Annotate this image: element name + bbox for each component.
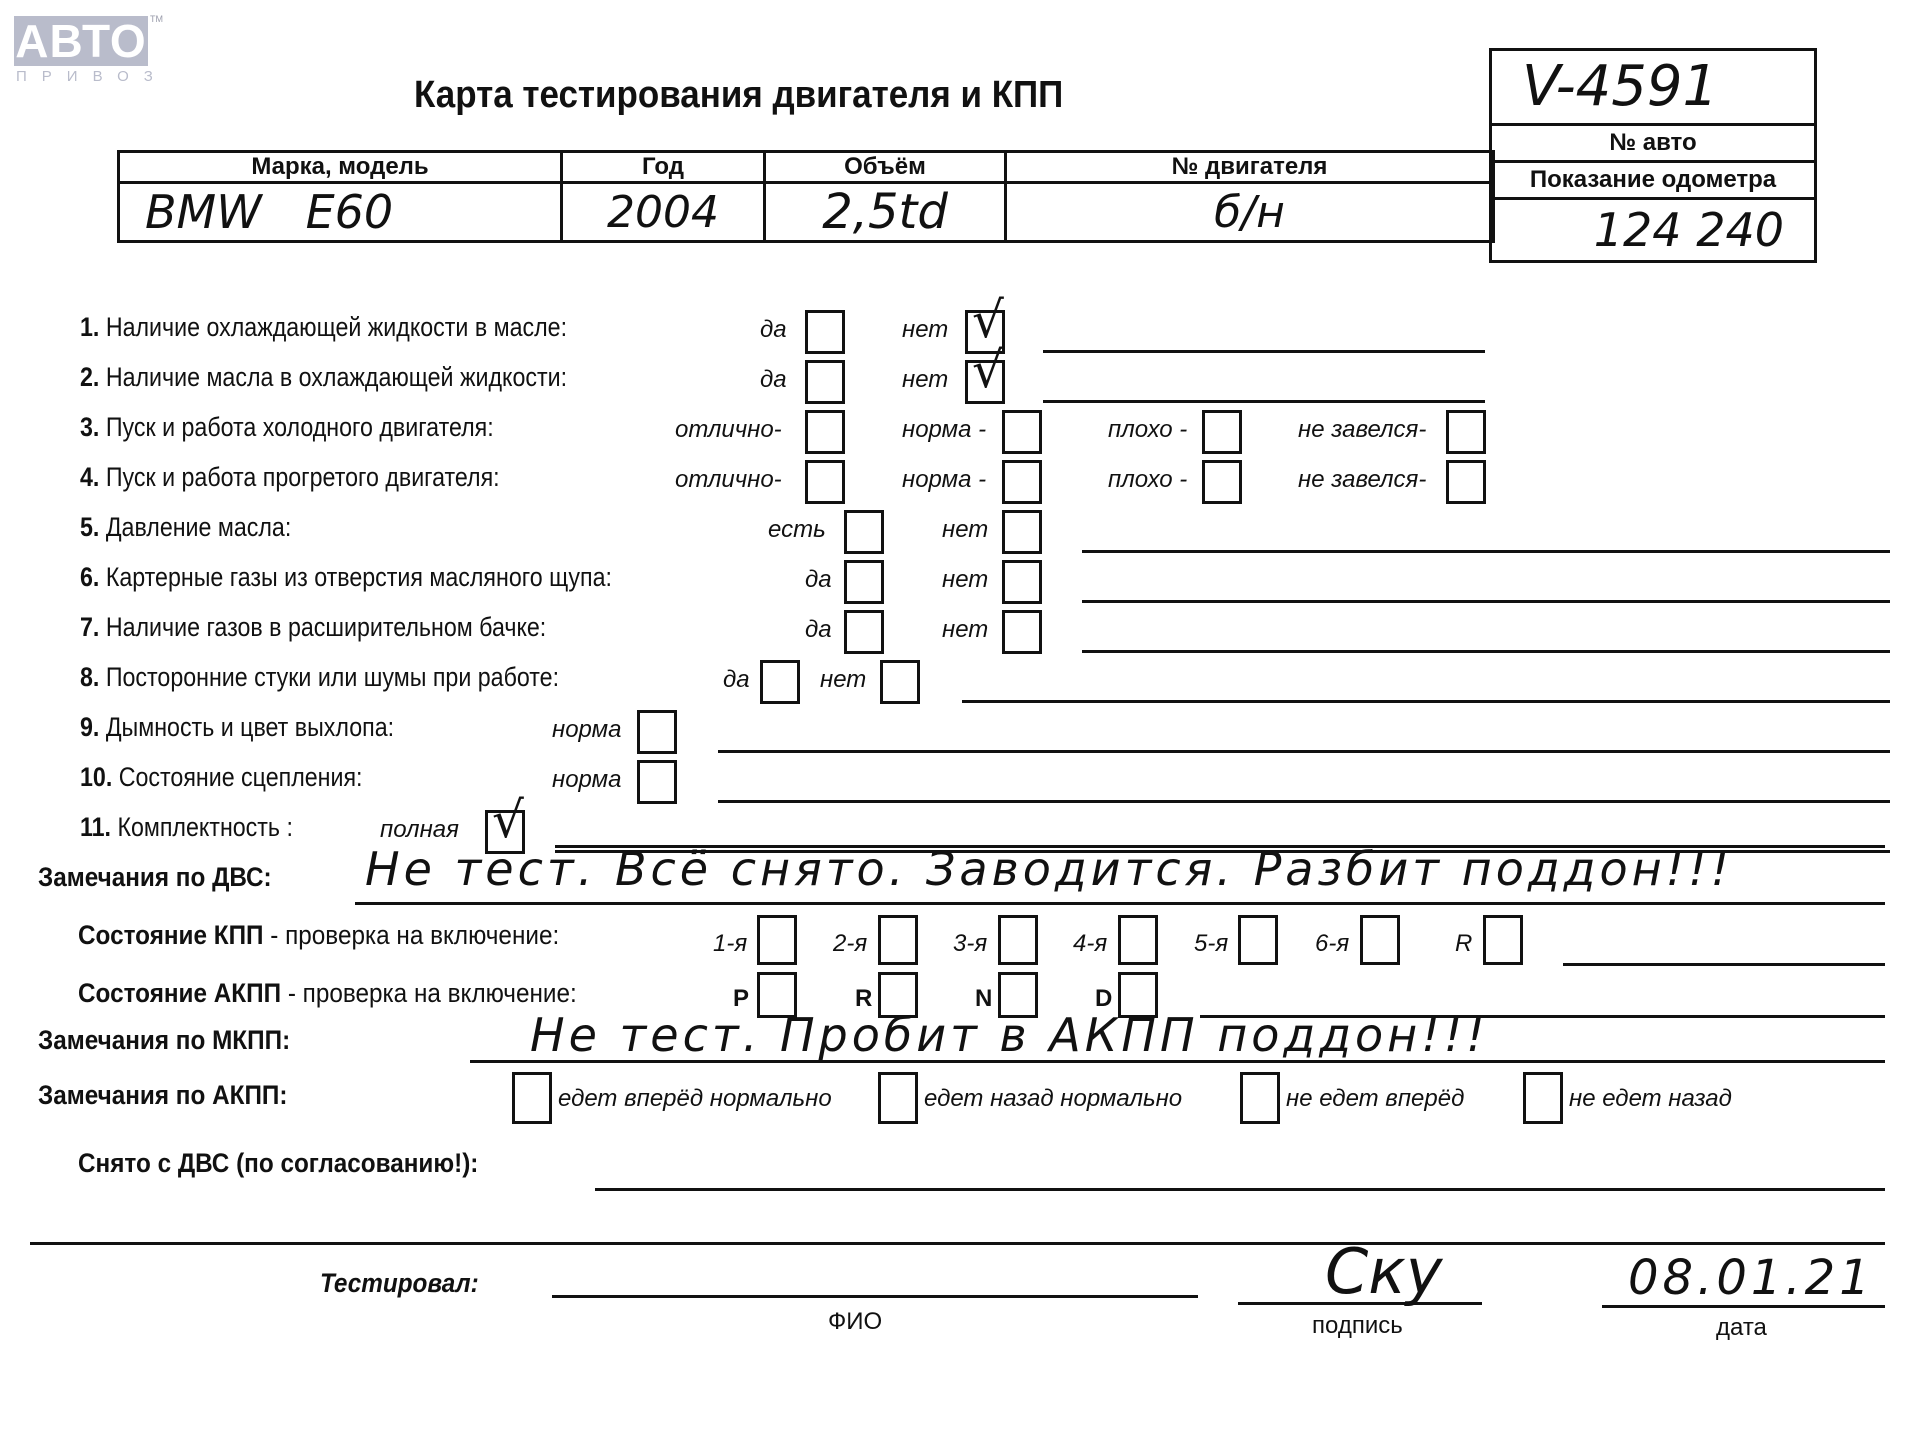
gear-checkbox[interactable] <box>998 915 1038 965</box>
year-field[interactable]: 2004 <box>562 183 765 242</box>
checklist-item: 3. Пуск и работа холодного двигателя: <box>80 412 494 443</box>
checklist-item: 10. Состояние сцепления: <box>80 762 362 793</box>
gear-label: 2-я <box>833 930 867 958</box>
checkbox[interactable] <box>1202 460 1242 504</box>
answer-line[interactable] <box>1082 550 1890 553</box>
mkpp-remarks-label: Замечания по МКПП: <box>38 1025 290 1056</box>
akpp-remarks-label: Замечания по АКПП: <box>38 1080 287 1111</box>
item-text: Наличие охлаждающей жидкости в масле: <box>106 312 567 342</box>
checkbox[interactable] <box>844 610 884 654</box>
remarks-line <box>1200 1015 1885 1018</box>
answer-line[interactable] <box>962 700 1890 703</box>
manual-gearbox-label: Состояние КПП - проверка на включение: <box>78 920 559 951</box>
volume-field[interactable]: 2,5td <box>765 183 1006 242</box>
checklist-item: 8. Посторонние стуки или шумы при работе… <box>80 662 559 693</box>
checkbox[interactable] <box>805 410 845 454</box>
item-number: 2. <box>80 362 106 392</box>
checkbox[interactable] <box>880 660 920 704</box>
checkbox[interactable] <box>1446 410 1486 454</box>
item-number: 5. <box>80 512 106 542</box>
item-number: 1. <box>80 312 106 342</box>
option-label: плохо - <box>1108 416 1187 444</box>
item-number: 4. <box>80 462 106 492</box>
option-label: есть <box>768 516 826 544</box>
vehicle-number-label: № авто <box>1492 126 1814 163</box>
gear-checkbox[interactable] <box>1360 915 1400 965</box>
remarks-line <box>470 1060 1885 1063</box>
odometer-field[interactable]: 124 240 <box>1492 200 1814 260</box>
gear-checkbox[interactable] <box>878 915 918 965</box>
item-number: 6. <box>80 562 106 592</box>
trademark-mark: TM <box>150 14 163 24</box>
auto-gearbox-label-bold: Состояние АКПП <box>78 978 281 1008</box>
odometer-label: Показание одометра <box>1492 163 1814 200</box>
option-label: да <box>723 666 750 694</box>
checkbox[interactable] <box>760 660 800 704</box>
gear-label: 1-я <box>713 930 747 958</box>
signature-label: подпись <box>1312 1312 1403 1340</box>
model-field[interactable]: BMW E60 <box>119 183 562 242</box>
option-label: да <box>760 316 787 344</box>
checkbox[interactable] <box>844 560 884 604</box>
item-text: Посторонние стуки или шумы при работе: <box>106 662 559 692</box>
removed-field[interactable] <box>595 1188 1885 1191</box>
checkbox[interactable] <box>1002 410 1042 454</box>
item-text: Давление масла: <box>106 512 291 542</box>
date-field[interactable]: 08.01.21 <box>1628 1250 1874 1306</box>
answer-line[interactable] <box>718 750 1890 753</box>
remarks-line <box>555 845 1885 848</box>
option-label: норма - <box>902 416 986 444</box>
gear-checkbox[interactable] <box>1238 915 1278 965</box>
akpp-option-label: едет вперёд нормально <box>558 1085 832 1113</box>
date-label: дата <box>1716 1314 1767 1342</box>
gear-label: 5-я <box>1194 930 1228 958</box>
item-number: 9. <box>80 712 106 742</box>
akpp-option-label: едет назад нормально <box>924 1085 1182 1113</box>
checkbox[interactable] <box>965 360 1005 404</box>
item-text: Наличие масла в охлаждающей жидкости: <box>106 362 567 392</box>
akpp-option-checkbox[interactable] <box>1523 1072 1563 1124</box>
option-label: да <box>805 616 832 644</box>
item-text: Состояние сцепления: <box>119 762 363 792</box>
option-label: да <box>805 566 832 594</box>
item-number: 11. <box>80 812 117 842</box>
option-label: отлично- <box>675 466 782 494</box>
checklist-item: 6. Картерные газы из отверстия масляного… <box>80 562 612 593</box>
option-label: отлично- <box>675 416 782 444</box>
checkbox[interactable] <box>805 310 845 354</box>
engine-number-field[interactable]: б/н <box>1006 183 1494 242</box>
checkbox[interactable] <box>637 710 677 754</box>
item-text: Наличие газов в расширительном бачке: <box>106 612 546 642</box>
akpp-option-label: не едет назад <box>1569 1085 1732 1113</box>
checklist-item: 7. Наличие газов в расширительном бачке: <box>80 612 546 643</box>
option-label: полная <box>380 816 459 844</box>
auto-gearbox-label: Состояние АКПП - проверка на включение: <box>78 978 577 1009</box>
option-label: нет <box>902 316 948 344</box>
item-number: 3. <box>80 412 106 442</box>
item-text: Пуск и работа прогретого двигателя: <box>106 462 500 492</box>
vehicle-number-field[interactable]: V-4591 <box>1492 51 1814 126</box>
checkbox[interactable] <box>805 460 845 504</box>
auto-gearbox-label-rest: - проверка на включение: <box>281 978 577 1008</box>
col-header-volume: Объём <box>765 152 1006 183</box>
gear-label: 4-я <box>1073 930 1107 958</box>
checkbox[interactable] <box>805 360 845 404</box>
option-label: нет <box>942 516 988 544</box>
col-header-engine-number: № двигателя <box>1006 152 1494 183</box>
engine-remarks-field[interactable]: Не тест. Всё снято. Заводится. Разбит по… <box>365 842 1733 896</box>
item-text: Дымность и цвет выхлопа: <box>106 712 394 742</box>
divider <box>30 1242 1885 1245</box>
tested-by-label: Тестировал: <box>320 1268 479 1299</box>
manual-gearbox-label-bold: Состояние КПП <box>78 920 264 950</box>
checklist-item: 4. Пуск и работа прогретого двигателя: <box>80 462 500 493</box>
item-text: Пуск и работа холодного двигателя: <box>106 412 494 442</box>
checkbox[interactable] <box>844 510 884 554</box>
gear-label: 6-я <box>1315 930 1349 958</box>
remarks-line <box>355 902 1885 905</box>
checkbox[interactable] <box>1002 610 1042 654</box>
option-label: норма - <box>902 466 986 494</box>
manual-gearbox-label-rest: - проверка на включение: <box>264 920 560 950</box>
brand-logo-subtitle: ПРИВОЗ <box>16 68 168 85</box>
item-number: 10. <box>80 762 119 792</box>
col-header-model: Марка, модель <box>119 152 562 183</box>
brand-logo: АВТО <box>14 16 148 66</box>
option-label: да <box>760 366 787 394</box>
option-label: нет <box>902 366 948 394</box>
engine-remarks-label: Замечания по ДВС: <box>38 862 272 893</box>
checkbox[interactable] <box>1002 510 1042 554</box>
option-label: нет <box>942 566 988 594</box>
gear-label: R <box>1455 930 1472 958</box>
option-label: норма <box>552 716 621 744</box>
checklist-item: 2. Наличие масла в охлаждающей жидкости: <box>80 362 567 393</box>
checklist-item: 5. Давление масла: <box>80 512 291 543</box>
gear-label: 3-я <box>953 930 987 958</box>
checkbox[interactable] <box>637 760 677 804</box>
option-label: норма <box>552 766 621 794</box>
item-text: Картерные газы из отверстия масляного щу… <box>106 562 612 592</box>
checklist-item: 9. Дымность и цвет выхлопа: <box>80 712 394 743</box>
col-header-year: Год <box>562 152 765 183</box>
item-number: 7. <box>80 612 106 642</box>
gear-checkbox[interactable] <box>1483 915 1523 965</box>
answer-line[interactable] <box>1082 600 1890 603</box>
option-label: нет <box>942 616 988 644</box>
checklist-item: 11. Комплектность : <box>80 812 293 843</box>
checkbox[interactable] <box>1202 410 1242 454</box>
akpp-option-checkbox[interactable] <box>878 1072 918 1124</box>
gear-checkbox[interactable] <box>1118 915 1158 965</box>
item-text: Комплектность : <box>117 812 292 842</box>
akpp-option-label: не едет вперёд <box>1286 1085 1464 1113</box>
signature-field[interactable]: Ску <box>1325 1235 1442 1308</box>
answer-line[interactable] <box>1043 350 1485 353</box>
checkbox[interactable] <box>1002 460 1042 504</box>
fio-field[interactable] <box>552 1295 1198 1298</box>
answer-line[interactable] <box>1082 650 1890 653</box>
page-title: Карта тестирования двигателя и КПП <box>414 74 1063 117</box>
akpp-option-checkbox[interactable] <box>512 1072 552 1124</box>
vehicle-info-table: Марка, модель Год Объём № двигателя BMW … <box>117 150 1495 243</box>
option-label: нет <box>820 666 866 694</box>
gear-checkbox[interactable] <box>757 915 797 965</box>
option-label: не завелся- <box>1298 416 1426 444</box>
option-label: плохо - <box>1108 466 1187 494</box>
answer-line[interactable] <box>718 800 1890 803</box>
checkbox[interactable] <box>1002 560 1042 604</box>
option-label: не завелся- <box>1298 466 1426 494</box>
item-number: 8. <box>80 662 106 692</box>
checklist-item: 1. Наличие охлаждающей жидкости в масле: <box>80 312 567 343</box>
vehicle-number-block: V-4591 № авто Показание одометра 124 240 <box>1489 48 1817 263</box>
akpp-option-checkbox[interactable] <box>1240 1072 1280 1124</box>
gearbox-line <box>1563 963 1885 966</box>
removed-label: Снято с ДВС (по согласованию!): <box>78 1148 478 1179</box>
answer-line[interactable] <box>1043 400 1485 403</box>
checkbox[interactable] <box>1446 460 1486 504</box>
fio-label: ФИО <box>828 1308 882 1336</box>
